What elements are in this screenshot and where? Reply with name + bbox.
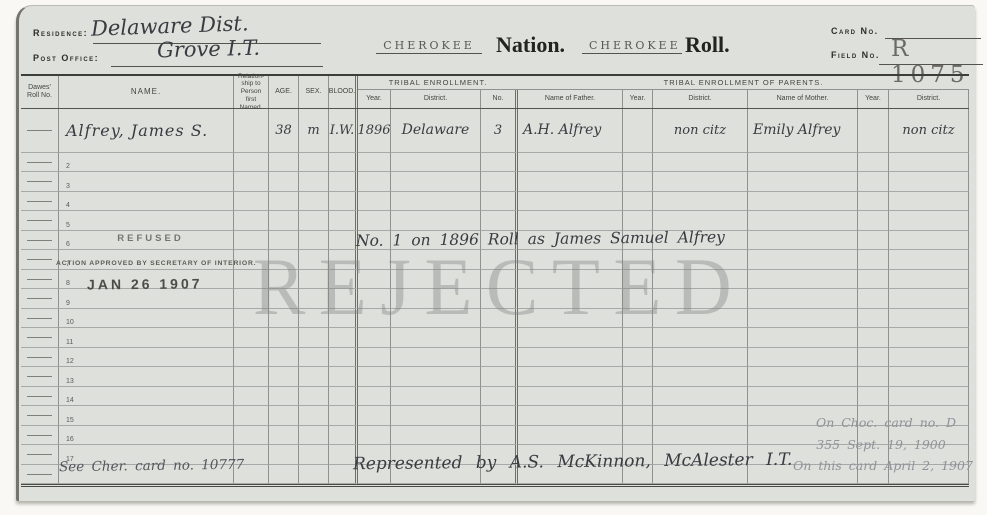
cell-mother-year — [858, 289, 889, 309]
scanned-enrollment-card-page: Residence: Delaware Dist. Post Office: G… — [0, 0, 987, 515]
table-row: 2 — [21, 153, 969, 173]
cell-enroll-no — [481, 172, 518, 192]
header-relationship: Relation-ship to Person first Named. — [234, 76, 269, 108]
cell-sex — [299, 465, 329, 485]
cell-mother-district — [889, 387, 969, 407]
table-row: 3 — [21, 172, 969, 192]
cell-father-name — [518, 211, 623, 231]
cell-mother-district — [889, 231, 969, 251]
row-number: 14 — [59, 397, 74, 405]
cell-enroll-no — [481, 426, 518, 446]
cell-enroll-district — [391, 406, 481, 426]
row1-sex-value: m — [307, 123, 319, 138]
cell-age — [269, 426, 299, 446]
cell-father-year — [623, 211, 653, 231]
nation-stamp-underline — [376, 53, 482, 54]
cell-name: 12 — [59, 348, 234, 368]
row-number: 2 — [59, 163, 70, 171]
cell-mother-district — [889, 309, 969, 329]
cell-father-name — [518, 153, 623, 173]
cell-relationship — [234, 211, 269, 231]
enrollment-note: No. 1 on 1896 Roll as James Samuel Alfre… — [356, 228, 725, 250]
cell-mother-name — [748, 192, 858, 212]
cell-relationship — [234, 109, 269, 153]
cell-father-year — [623, 348, 653, 368]
cell-father-name — [518, 172, 623, 192]
nation-stamp: CHEROKEE — [379, 39, 479, 52]
row1-enroll-no-value: 3 — [494, 123, 502, 138]
cell-father-name — [518, 367, 623, 387]
cell-father-year — [623, 192, 653, 212]
cell-sex — [299, 192, 329, 212]
cell-father-year — [623, 153, 653, 173]
cell-age: 38 — [269, 109, 299, 153]
enrollment-card: Residence: Delaware Dist. Post Office: G… — [16, 5, 975, 501]
row-number: 4 — [59, 202, 70, 210]
header-mother-district: District. — [889, 90, 969, 108]
cell-enroll-year — [358, 172, 391, 192]
cell-father-name — [518, 406, 623, 426]
cell-father-district — [653, 426, 748, 446]
cell-dawes-roll-no — [21, 406, 59, 426]
cell-dawes-roll-no — [21, 426, 59, 446]
cell-mother-district: non citz — [889, 109, 969, 153]
row-number: 9 — [59, 300, 70, 308]
cell-mother-district — [889, 367, 969, 387]
header-father-year: Year. — [623, 90, 653, 108]
cell-father-name — [518, 387, 623, 407]
cell-blood — [329, 367, 358, 387]
cell-enroll-no — [481, 211, 518, 231]
approval-date-stamp: JAN 26 1907 — [87, 275, 203, 292]
row-number: 6 — [59, 241, 70, 249]
pencil-note-date-1900: 355 Sept. 19, 1900 — [791, 437, 971, 452]
cell-relationship — [234, 172, 269, 192]
cell-father-year — [623, 387, 653, 407]
table-row: 13 — [21, 367, 969, 387]
cell-mother-year — [858, 250, 889, 270]
cell-name: 5 — [59, 211, 234, 231]
row1-blood-value: I.W. — [330, 123, 355, 138]
cell-blood: I.W. — [329, 109, 358, 153]
cell-sex — [299, 153, 329, 173]
cell-mother-year — [858, 270, 889, 290]
cell-age — [269, 153, 299, 173]
cell-relationship — [234, 367, 269, 387]
cell-relationship — [234, 387, 269, 407]
cell-sex: m — [299, 109, 329, 153]
card-no-label: Card No. — [831, 26, 879, 36]
cell-age — [269, 172, 299, 192]
field-no-label: Field No. — [831, 50, 880, 60]
cell-dawes-roll-no — [21, 289, 59, 309]
cell-mother-district — [889, 172, 969, 192]
cell-sex — [299, 348, 329, 368]
cell-father-name: A.H. Alfrey — [518, 109, 623, 153]
row1-mother-district-value: non citz — [902, 123, 954, 138]
row1-enroll-year-value: 1896 — [357, 123, 390, 138]
cell-mother-year — [858, 309, 889, 329]
cell-father-year — [623, 172, 653, 192]
header-age: AGE. — [269, 76, 299, 108]
cell-father-district — [653, 348, 748, 368]
cell-sex — [299, 406, 329, 426]
cell-dawes-roll-no — [21, 231, 59, 251]
header-blood: BLOOD. — [329, 76, 358, 108]
cell-enroll-no — [481, 367, 518, 387]
header-father-name: Name of Father. — [518, 90, 623, 108]
cell-age — [269, 445, 299, 465]
cell-age — [269, 387, 299, 407]
cell-mother-district — [889, 270, 969, 290]
row1-age-value: 38 — [275, 123, 292, 138]
header-dawes-roll-no: Dawes' Roll No. — [21, 76, 59, 108]
cell-dawes-roll-no — [21, 109, 59, 153]
refused-stamp: REFUSED — [103, 233, 198, 244]
cell-mother-district — [889, 250, 969, 270]
cell-relationship — [234, 406, 269, 426]
cell-mother-year — [858, 387, 889, 407]
cell-father-district — [653, 192, 748, 212]
row1-father-district-value: non citz — [674, 123, 726, 138]
cell-name: 3 — [59, 172, 234, 192]
row-number: 15 — [59, 417, 74, 425]
table-row: 12 — [21, 348, 969, 368]
header-mother-year: Year. — [858, 90, 889, 108]
cell-father-district — [653, 387, 748, 407]
row-number: 11 — [59, 339, 73, 347]
cell-blood — [329, 406, 358, 426]
cell-mother-name — [748, 387, 858, 407]
residence-label: Residence: — [33, 28, 88, 38]
cell-age — [269, 211, 299, 231]
cell-father-district: non citz — [653, 109, 748, 153]
cell-name: 4 — [59, 192, 234, 212]
header-tribal-enrollment-parents: TRIBAL ENROLLMENT OF PARENTS. — [518, 76, 969, 90]
cell-enroll-year: 1896 — [358, 109, 391, 153]
cell-mother-name — [748, 211, 858, 231]
cell-name: 14 — [59, 387, 234, 407]
cell-dawes-roll-no — [21, 367, 59, 387]
cell-relationship — [234, 153, 269, 173]
cell-relationship — [234, 192, 269, 212]
cell-age — [269, 367, 299, 387]
cell-dawes-roll-no — [21, 153, 59, 173]
cell-mother-year — [858, 192, 889, 212]
tribal-enrollment-header-group: TRIBAL ENROLLMENT. Year. District. No. — [358, 76, 518, 108]
cell-enroll-district — [391, 348, 481, 368]
cell-enroll-district — [391, 192, 481, 212]
cell-sex — [299, 426, 329, 446]
cell-mother-district — [889, 328, 969, 348]
cell-father-district — [653, 172, 748, 192]
post-office-label: Post Office: — [33, 53, 99, 63]
cell-enroll-district — [391, 211, 481, 231]
header-enroll-district: District. — [391, 90, 481, 108]
row1-name-value: Alfrey, James S. — [59, 121, 208, 140]
cell-mother-district — [889, 289, 969, 309]
table-row: 5 — [21, 211, 969, 231]
roll-word: Roll. — [685, 32, 730, 58]
cell-enroll-year — [358, 387, 391, 407]
cell-enroll-year — [358, 348, 391, 368]
cell-father-year — [623, 406, 653, 426]
table-row: 4 — [21, 192, 969, 212]
roll-stamp-underline — [582, 53, 682, 54]
cell-enroll-no — [481, 406, 518, 426]
cell-enroll-no — [481, 192, 518, 212]
cell-father-district — [653, 406, 748, 426]
cell-name: 16 — [59, 426, 234, 446]
cell-dawes-roll-no — [21, 192, 59, 212]
cell-sex — [299, 445, 329, 465]
cell-age — [269, 192, 299, 212]
row-number: 12 — [59, 358, 74, 366]
cell-father-name — [518, 348, 623, 368]
see-card-note: See Cher. card no. 10777 — [59, 457, 244, 476]
cell-enroll-district: Delaware — [391, 109, 481, 153]
cell-blood — [329, 387, 358, 407]
cell-age — [269, 406, 299, 426]
nation-word: Nation. — [496, 32, 565, 58]
cell-name: 13 — [59, 367, 234, 387]
cell-mother-name: Emily Alfrey — [748, 109, 858, 153]
cell-dawes-roll-no — [21, 172, 59, 192]
table-header: Dawes' Roll No. NAME. Relation-ship to P… — [21, 76, 969, 109]
row1-enroll-district-value: Delaware — [402, 122, 470, 138]
row-number: 3 — [59, 183, 70, 191]
cell-name: Alfrey, James S. — [59, 109, 234, 153]
row1-father-name-value: A.H. Alfrey — [523, 122, 601, 138]
parents-enrollment-header-group: TRIBAL ENROLLMENT OF PARENTS. Name of Fa… — [518, 76, 969, 108]
header-enroll-no: No. — [481, 90, 518, 108]
cell-enroll-no — [481, 153, 518, 173]
cell-mother-name — [748, 172, 858, 192]
cell-enroll-district — [391, 367, 481, 387]
post-office-underline — [111, 66, 323, 67]
cell-father-year — [623, 426, 653, 446]
header-tribal-enrollment: TRIBAL ENROLLMENT. — [358, 76, 518, 90]
cell-enroll-year — [358, 192, 391, 212]
cell-mother-year — [858, 109, 889, 153]
cell-father-name — [518, 192, 623, 212]
cell-enroll-no — [481, 348, 518, 368]
cell-mother-name — [748, 348, 858, 368]
cell-mother-year — [858, 348, 889, 368]
cell-blood — [329, 192, 358, 212]
cell-mother-year — [858, 328, 889, 348]
post-office-value: Grove I.T. — [157, 36, 261, 63]
cell-age — [269, 465, 299, 485]
cell-sex — [299, 172, 329, 192]
cell-dawes-roll-no — [21, 211, 59, 231]
pencil-note-date-1907: On this card April 2, 1907 — [779, 458, 987, 473]
cell-blood — [329, 348, 358, 368]
cell-mother-year — [858, 211, 889, 231]
cell-dawes-roll-no — [21, 445, 59, 465]
cell-enroll-year — [358, 367, 391, 387]
cell-dawes-roll-no — [21, 250, 59, 270]
row-number: 13 — [59, 378, 74, 386]
cell-dawes-roll-no — [21, 328, 59, 348]
cell-age — [269, 348, 299, 368]
cell-name: 2 — [59, 153, 234, 173]
cell-name: 15 — [59, 406, 234, 426]
cell-blood — [329, 172, 358, 192]
cell-mother-year — [858, 153, 889, 173]
cell-dawes-roll-no — [21, 465, 59, 485]
cell-mother-name — [748, 153, 858, 173]
cell-enroll-no: 3 — [481, 109, 518, 153]
cell-name: 11 — [59, 328, 234, 348]
cell-enroll-year — [358, 426, 391, 446]
cell-sex — [299, 367, 329, 387]
cell-mother-name — [748, 367, 858, 387]
cell-enroll-district — [391, 387, 481, 407]
roll-stamp: CHEROKEE — [589, 39, 679, 52]
cell-enroll-year — [358, 153, 391, 173]
cell-mother-district — [889, 211, 969, 231]
cell-name: 10 — [59, 309, 234, 329]
table-row: Alfrey, James S.38mI.W.1896Delaware3A.H.… — [21, 109, 969, 153]
cell-dawes-roll-no — [21, 270, 59, 290]
cell-father-district — [653, 367, 748, 387]
header-name: NAME. — [59, 76, 234, 108]
cell-mother-district — [889, 348, 969, 368]
cell-enroll-district — [391, 172, 481, 192]
row-number: 10 — [59, 319, 74, 327]
cell-relationship — [234, 348, 269, 368]
cell-enroll-year — [358, 211, 391, 231]
cell-dawes-roll-no — [21, 309, 59, 329]
pencil-note-choctaw-card: On Choc. card no. D — [791, 415, 981, 430]
header-father-district: District. — [653, 90, 748, 108]
cell-blood — [329, 211, 358, 231]
cell-blood — [329, 153, 358, 173]
cell-father-year — [623, 109, 653, 153]
cell-father-name — [518, 426, 623, 446]
cell-dawes-roll-no — [21, 387, 59, 407]
header-mother-name: Name of Mother. — [748, 90, 858, 108]
cell-blood — [329, 426, 358, 446]
cell-enroll-district — [391, 426, 481, 446]
header-enroll-year: Year. — [358, 90, 391, 108]
row-number: 5 — [59, 222, 70, 230]
row1-mother-name-value: Emily Alfrey — [753, 122, 840, 138]
cell-relationship — [234, 426, 269, 446]
rejected-watermark: REJECTED — [225, 240, 772, 334]
row-number: 8 — [59, 280, 70, 288]
cell-enroll-district — [391, 153, 481, 173]
header-sex: SEX. — [299, 76, 329, 108]
cell-mother-district — [889, 192, 969, 212]
cell-mother-year — [858, 231, 889, 251]
cell-dawes-roll-no — [21, 348, 59, 368]
cell-sex — [299, 211, 329, 231]
cell-father-year — [623, 367, 653, 387]
cell-father-district — [653, 153, 748, 173]
cell-enroll-no — [481, 387, 518, 407]
row-number: 16 — [59, 436, 74, 444]
cell-enroll-year — [358, 406, 391, 426]
cell-mother-year — [858, 367, 889, 387]
table-row: 14 — [21, 387, 969, 407]
cell-mother-district — [889, 153, 969, 173]
cell-mother-year — [858, 172, 889, 192]
cell-sex — [299, 387, 329, 407]
